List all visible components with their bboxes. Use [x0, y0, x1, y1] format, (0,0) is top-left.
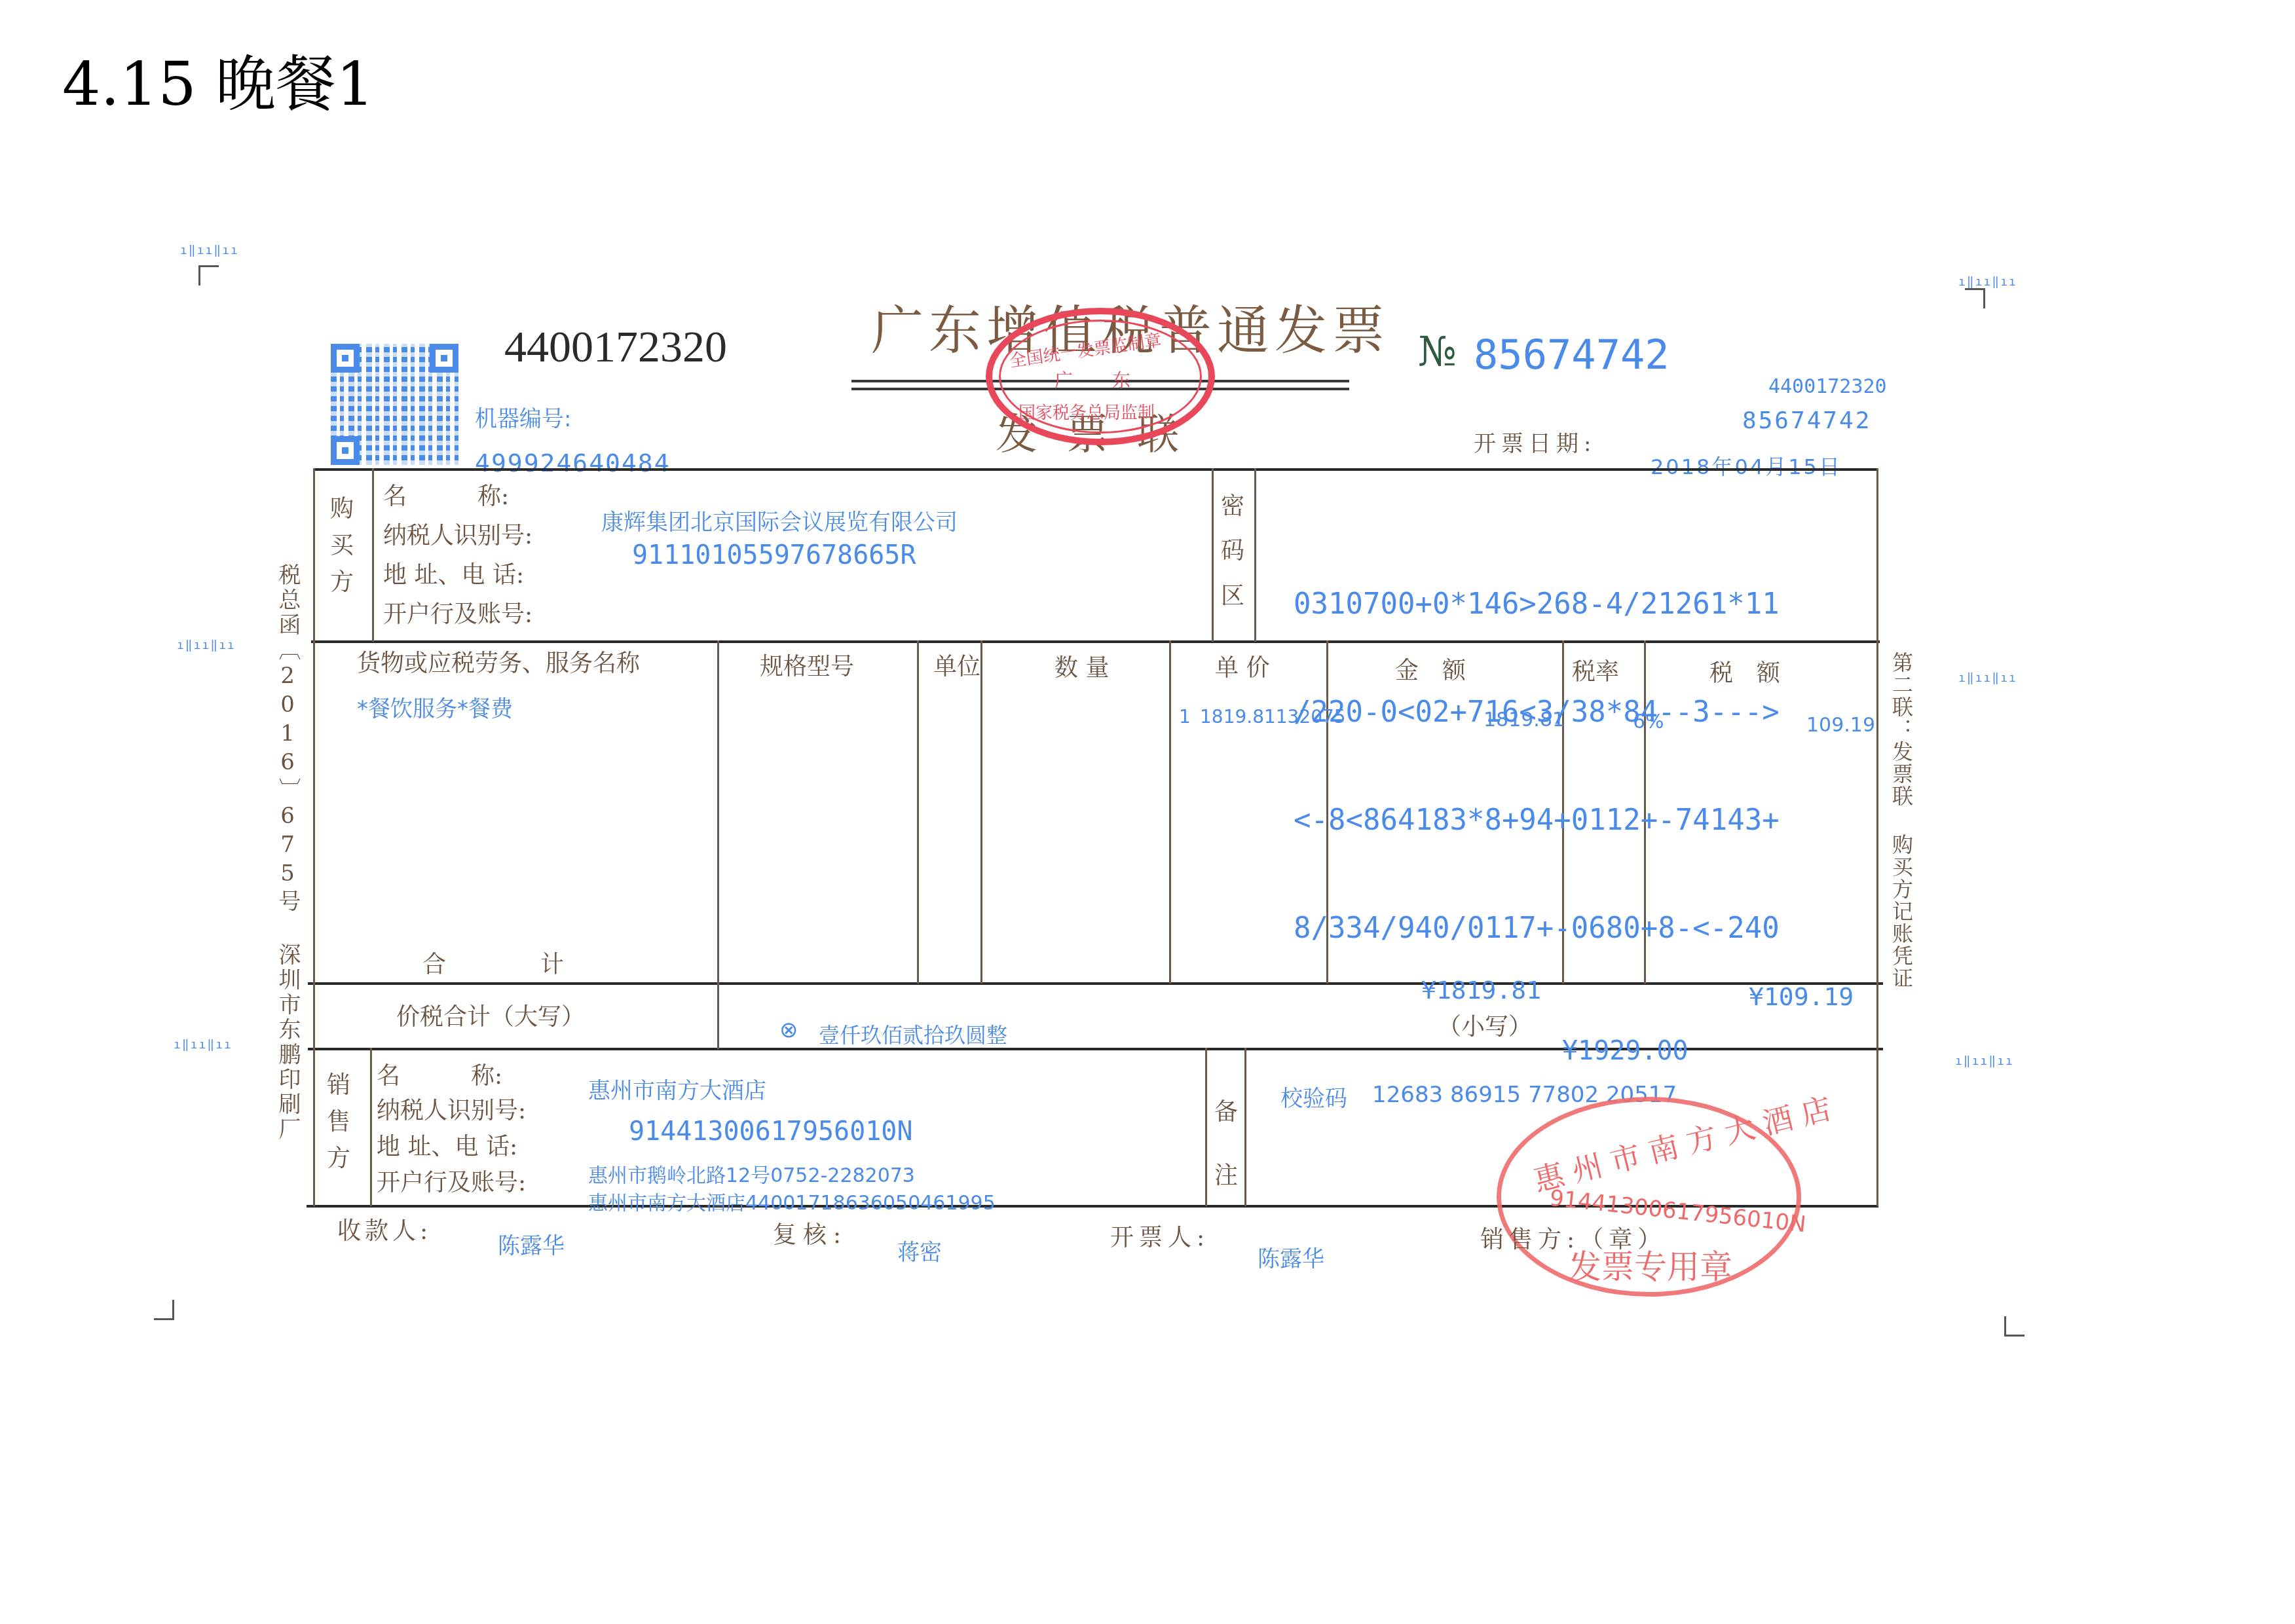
machine-number: 499924640484	[475, 449, 671, 477]
subtotal-tax: ¥109.19	[1749, 982, 1854, 1011]
item-unit-price: 1819.81132075	[1200, 706, 1346, 728]
remarks-section-label: 备注	[1213, 1080, 1239, 1208]
invoice-date: 2018年04月15日	[1651, 451, 1842, 481]
item-tax-rate: 6%	[1633, 710, 1664, 733]
corner-mark	[154, 1300, 174, 1320]
item-tax: 109.19	[1806, 714, 1875, 737]
invoice-code: 4400172320	[504, 321, 727, 373]
subtotal-label: 合 计	[422, 946, 564, 980]
seller-taxid-label: 纳税人识别号:	[377, 1092, 526, 1126]
seller-bank-label: 开户行及账号:	[377, 1164, 526, 1198]
total-cross-icon: ⊗	[779, 1017, 798, 1043]
cipher-section-label: 密码区	[1220, 485, 1246, 619]
corner-mark	[198, 265, 219, 286]
copy-note: 第二联：发票联 购买方记账凭证	[1886, 652, 1916, 989]
header-price: 单 价	[1215, 650, 1269, 683]
header-rate: 税率	[1572, 654, 1619, 687]
buyer-name-label: 名 称:	[383, 478, 509, 511]
registration-mark: ı‖ıı‖ıı	[1958, 671, 2017, 685]
buyer-tax-id: 91110105597678665R	[632, 540, 916, 570]
total-small-label: （小写）	[1438, 1008, 1532, 1042]
item-amount: 1819.81	[1483, 709, 1565, 731]
total-upper-case: 壹仟玖佰贰拾玖圆整	[819, 1019, 1007, 1049]
cipher-code: 0310700+0*146>268-4/21261*11 /220-0<02+7…	[1294, 514, 1780, 982]
total-amount: ¥1929.00	[1562, 1036, 1689, 1066]
right-invoice-code: 4400172320	[1768, 375, 1887, 398]
buyer-bank-label: 开户行及账号:	[383, 596, 532, 629]
item-name: *餐饮服务*餐费	[357, 691, 513, 723]
header-unit: 单位	[933, 648, 980, 682]
seller-stamp-caption: 销售方:（章）	[1480, 1221, 1666, 1255]
seller-bank: 惠州市南方大酒店44001718636050461995	[588, 1187, 996, 1215]
header-qty: 数 量	[1054, 650, 1109, 683]
registration-mark: ı‖ıı‖ıı	[174, 1038, 233, 1052]
stamp-bottom-text: 国家税务总局监制	[1018, 399, 1155, 424]
registration-mark: ı‖ıı‖ıı	[1955, 1054, 2014, 1068]
date-label: 开票日期:	[1474, 426, 1596, 458]
number-symbol: №	[1418, 327, 1457, 375]
printer-note: 税总函〔2016〕675号 深圳市东鹏印刷厂	[272, 563, 304, 1142]
buyer-taxid-label: 纳税人识别号:	[383, 517, 532, 551]
seller-section-label: 销售方	[326, 1067, 352, 1177]
page-title: 4.15 晚餐1	[62, 36, 375, 122]
header-amount: 金 额	[1395, 652, 1466, 686]
corner-mark	[1965, 288, 1985, 308]
item-qty: 1	[1179, 706, 1191, 728]
invoice-number: 85674742	[1474, 331, 1670, 378]
payee-label: 收款人:	[337, 1213, 432, 1246]
issuer-label: 开票人:	[1110, 1219, 1210, 1253]
machine-number-label: 机器编号:	[475, 401, 571, 433]
check-code-label: 校验码	[1280, 1080, 1347, 1113]
registration-mark: ı‖ıı‖ıı	[180, 244, 239, 257]
payee-name: 陈露华	[498, 1228, 565, 1260]
registration-mark: ı‖ıı‖ıı	[1958, 275, 2017, 289]
corner-mark	[2004, 1316, 2024, 1337]
reviewer-label: 复核:	[773, 1217, 848, 1250]
header-spec: 规格型号	[760, 648, 854, 682]
buyer-name: 康辉集团北京国际会议展览有限公司	[601, 504, 958, 536]
reviewer-name: 蒋密	[897, 1234, 942, 1266]
seller-name: 惠州市南方大酒店	[588, 1073, 766, 1105]
seller-tax-id: 91441300617956010N	[629, 1116, 912, 1147]
subtotal-amount: ¥1819.81	[1421, 976, 1541, 1005]
qr-code	[331, 344, 458, 465]
buyer-address-label: 地 址、电 话:	[383, 557, 524, 590]
registration-mark: ı‖ıı‖ıı	[177, 638, 236, 652]
right-invoice-number: 85674742	[1742, 407, 1871, 434]
stamp-middle-text: 广东	[1054, 367, 1170, 393]
buyer-section-label: 购买方	[329, 491, 355, 600]
seller-address-label: 地 址、电 话:	[377, 1128, 517, 1162]
header-item-name: 货物或应税劳务、服务名称	[357, 645, 640, 678]
header-tax: 税 额	[1709, 655, 1780, 688]
seller-name-label: 名 称:	[377, 1058, 502, 1091]
seller-address: 惠州市鹅岭北路12号0752-2282073	[588, 1159, 915, 1188]
total-label: 价税合计（大写）	[396, 999, 585, 1032]
issuer-name: 陈露华	[1258, 1241, 1324, 1273]
